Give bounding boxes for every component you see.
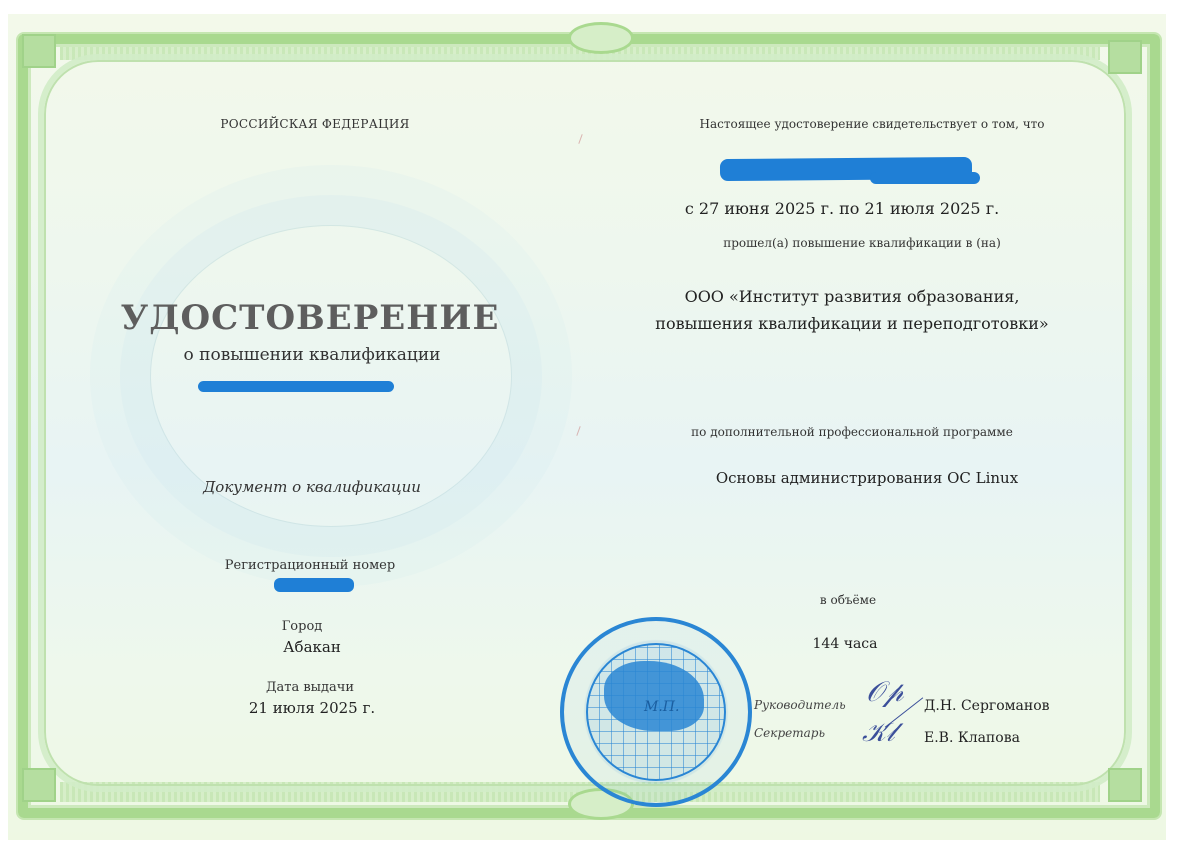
- signatory-name-director: Д.Н. Сергоманов: [924, 698, 1050, 714]
- redacted-series-number: [198, 381, 394, 392]
- document-kind: Документ о квалификации: [203, 478, 421, 496]
- director-signature-icon: 𝒪𝓅: [866, 675, 904, 709]
- redacted-recipient-name-tail: [870, 172, 980, 184]
- signatory-role-director: Руководитель: [754, 698, 846, 712]
- program-label: по дополнительной профессиональной прогр…: [691, 425, 1013, 439]
- signatory-name-secretary: Е.В. Клапова: [924, 730, 1020, 746]
- document-title: УДОСТОВЕРЕНИЕ: [121, 298, 500, 338]
- corner-ornament-icon: [22, 768, 56, 802]
- city-label: Город: [282, 619, 323, 634]
- signatory-role-secretary: Секретарь: [754, 726, 825, 740]
- corner-ornament-icon: [1108, 40, 1142, 74]
- redacted-registration-number: [274, 578, 354, 592]
- official-seal-icon: М.П.: [560, 617, 752, 807]
- corner-ornament-icon: [22, 34, 56, 68]
- secretary-signature-icon: 𝒦𝓁: [862, 718, 895, 749]
- corner-ornament-icon: [1108, 768, 1142, 802]
- fold-ornament-icon: [568, 22, 634, 54]
- city-value: Абакан: [283, 638, 341, 656]
- organization-name-line2: повышения квалификации и переподготовки»: [655, 314, 1048, 333]
- issue-date-value: 21 июля 2025 г.: [249, 699, 375, 717]
- volume-value: 144 часа: [813, 636, 878, 652]
- registration-number-label: Регистрационный номер: [225, 558, 395, 573]
- document-subtitle: о повышении квалификации: [183, 345, 440, 365]
- country-heading: РОССИЙСКАЯ ФЕДЕРАЦИЯ: [220, 117, 409, 131]
- certification-intro: Настоящее удостоверение свидетельствует …: [699, 117, 1044, 131]
- volume-label: в объёме: [820, 593, 876, 607]
- program-name: Основы администрирования ОС Linux: [716, 469, 1018, 487]
- training-period: с 27 июня 2025 г. по 21 июля 2025 г.: [685, 199, 999, 218]
- passed-statement: прошел(а) повышение квалификации в (на): [723, 236, 1001, 250]
- organization-name-line1: ООО «Институт развития образования,: [685, 287, 1020, 306]
- seal-label: М.П.: [644, 699, 679, 715]
- issue-date-label: Дата выдачи: [266, 680, 354, 695]
